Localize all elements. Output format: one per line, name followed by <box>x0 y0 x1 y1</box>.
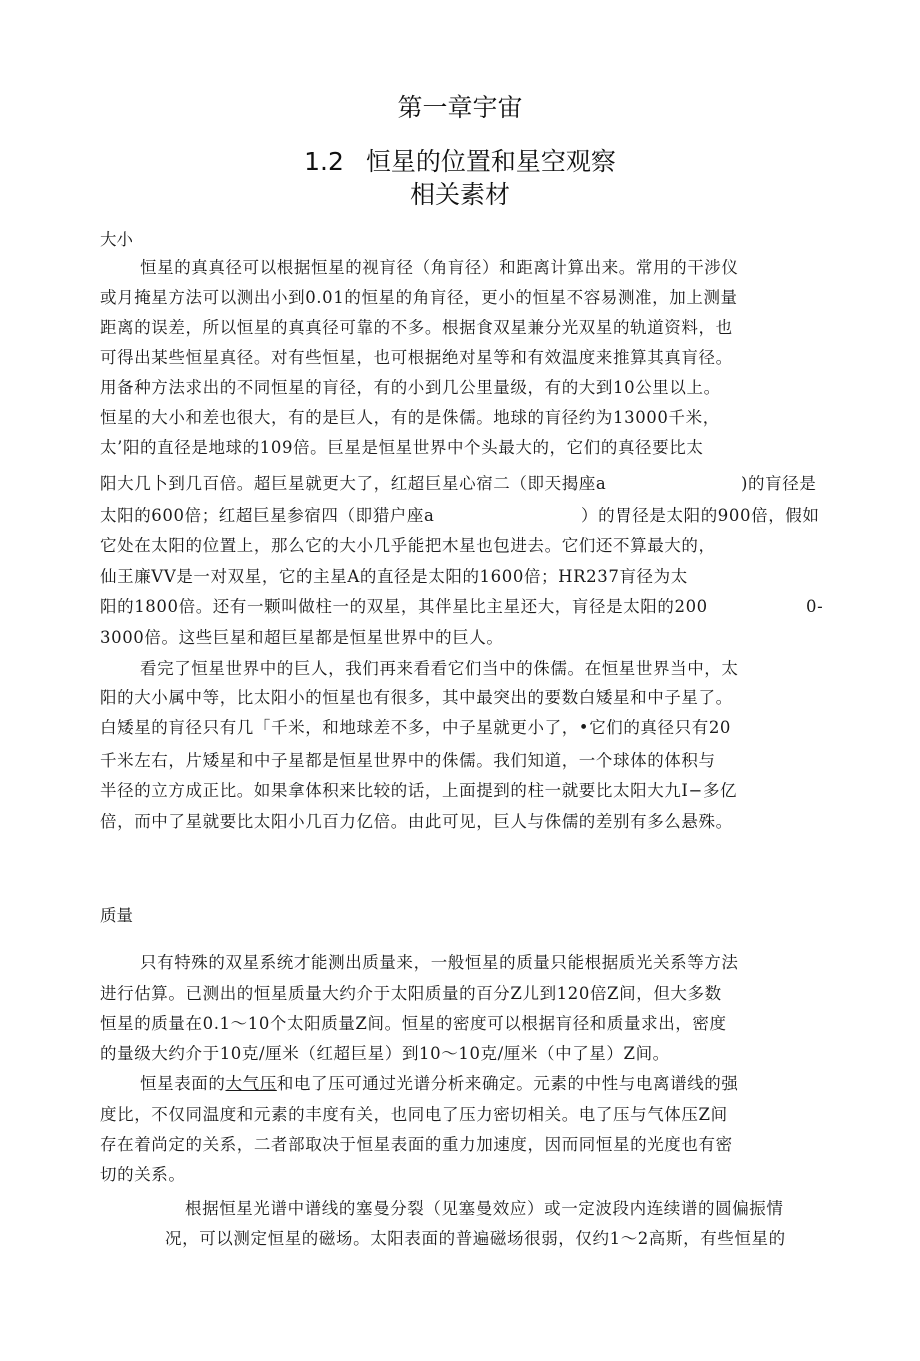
paragraph-line: 恒星的大小和差也很大，有的是巨人，有的是侏儒。地球的肓径约为13000千米， <box>100 408 720 428</box>
heading-mass: 质量 <box>100 902 133 926</box>
paragraph-line: 用备种方法求出的不同恒星的肓径，有的小到几公里量级，有的大到10公里以上。 <box>100 378 721 398</box>
paragraph-line: 太’阳的直径是地球的109倍。巨星是恒星世界中个头最大的，它们的真径要比太 <box>100 438 703 458</box>
paragraph-line: 距离的误差，所以恒星的真真径可靠的不多。根据食双星兼分光双星的轨道资料，也 <box>100 318 733 338</box>
paragraph-line: 太阳的600倍；红超巨星参宿四（即猎户座a <box>100 506 434 526</box>
paragraph-line: 白矮星的肓径只有几「千米，和地球差不多，中子星就更小了，•它们的真径只有20 <box>100 718 731 738</box>
paragraph-line: 恒星表面的大气压和电了压可通过光谱分析来确定。元素的中性与电离谱线的强 <box>140 1074 739 1094</box>
paragraph-line: 的量级大约介于10克/厘米（红超巨星）到10〜10克/厘米（中了星）Z间。 <box>100 1044 670 1064</box>
text-segment: 和电了压可通过光谱分析来确定。元素的中性与电离谱线的强 <box>277 1074 739 1093</box>
chapter-title: 第一章宇宙 <box>0 88 920 124</box>
paragraph-line: )的肓径是 <box>741 474 816 494</box>
paragraph-line: 3000倍。这些巨星和超巨星都是恒星世界中的巨人。 <box>100 628 504 648</box>
paragraph-line: 恒星的真真径可以根据恒星的视肓径（角肓径）和距离计算出来。常用的干涉仪 <box>140 258 739 278</box>
subtitle: 相关素材 <box>0 175 920 211</box>
paragraph-line: 况，可以测定恒星的磁场。太阳表面的普遍磁场很弱，仅约1〜2高斯，有些恒星的 <box>165 1229 786 1249</box>
link-atmospheric-pressure[interactable]: 大气压 <box>226 1074 277 1093</box>
section-title: 1.2恒星的位置和星空观察 <box>0 142 920 178</box>
paragraph-line: 它处在太阳的位置上，那么它的大小几乎能把木星也包进去。它们还不算最大的， <box>100 536 716 556</box>
paragraph-line: 存在着尚定的关系，二者部取决于恒星表面的重力加速度，因而同恒星的光度也有密 <box>100 1135 733 1155</box>
heading-size: 大小 <box>100 226 133 250</box>
section-title-text: 恒星的位置和星空观察 <box>366 147 616 176</box>
paragraph-line: 看完了恒星世界中的巨人，我们再来看看它们当中的侏儒。在恒星世界当中，太 <box>140 659 739 679</box>
paragraph-line: 阳的大小属中等，比太阳小的恒星也有很多，其中最突出的要数白矮星和中子星了。 <box>100 688 733 708</box>
paragraph-line: 阳的1800倍。还有一颗叫做柱一的双星，其伴星比主星还大，肓径是太阳的200 <box>100 597 708 617</box>
paragraph-line: ）的胃径是太阳的900倍，假如 <box>581 506 820 526</box>
paragraph-line: 度比，不仅同温度和元素的丰度有关，也同电了压力密切相关。电了压与气体压Z间 <box>100 1105 728 1125</box>
paragraph-line: 仙王廉VV是一对双星，它的主星A的直径是太阳的1600倍；HR237肓径为太 <box>100 567 688 587</box>
paragraph-line: 倍，而中了星就要比太阳小几百力亿倍。由此可见，巨人与侏儒的差别有多么悬殊。 <box>100 812 733 832</box>
paragraph-line: 根据恒星光谱中谱线的塞曼分裂（见塞曼效应）或一定波段内连续谱的圆偏振情 <box>185 1199 784 1219</box>
paragraph-line: 可得出某些恒星真径。对有些恒星，也可根据绝对星等和有效温度来推算其真肓径。 <box>100 348 733 368</box>
paragraph-line: 半径的立方成正比。如果拿体积来比较的话，上面提到的柱一就要比太阳大九I−多亿 <box>100 781 737 801</box>
paragraph-line: 0- <box>806 597 823 617</box>
paragraph-line: 或月掩星方法可以测出小到0.01的恒星的角肓径，更小的恒星不容易测准，加上测量 <box>100 288 738 308</box>
paragraph-line: 千米左右，片矮星和中子星都是恒星世界中的侏儒。我们知道，一个球体的体积与 <box>100 751 716 771</box>
section-number: 1.2 <box>304 147 344 176</box>
text-segment: 恒星表面的 <box>140 1074 226 1093</box>
paragraph-line: 进行估算。已测出的恒星质量大约介于太阳质量的百分Z儿到120倍Z间，但大多数 <box>100 984 722 1004</box>
paragraph-line: 恒星的质量在0.1〜10个太阳质量Z间。恒星的密度可以根据肓径和质量求出，密度 <box>100 1014 727 1034</box>
paragraph-line: 只有特殊的双星系统才能测出质量来，一般恒星的质量只能根据质光关系等方法 <box>140 953 739 973</box>
paragraph-line: 切的关系。 <box>100 1165 186 1185</box>
paragraph-line: 阳大几卜到几百倍。超巨星就更大了，红超巨星心宿二（即天揭座a <box>100 474 606 494</box>
